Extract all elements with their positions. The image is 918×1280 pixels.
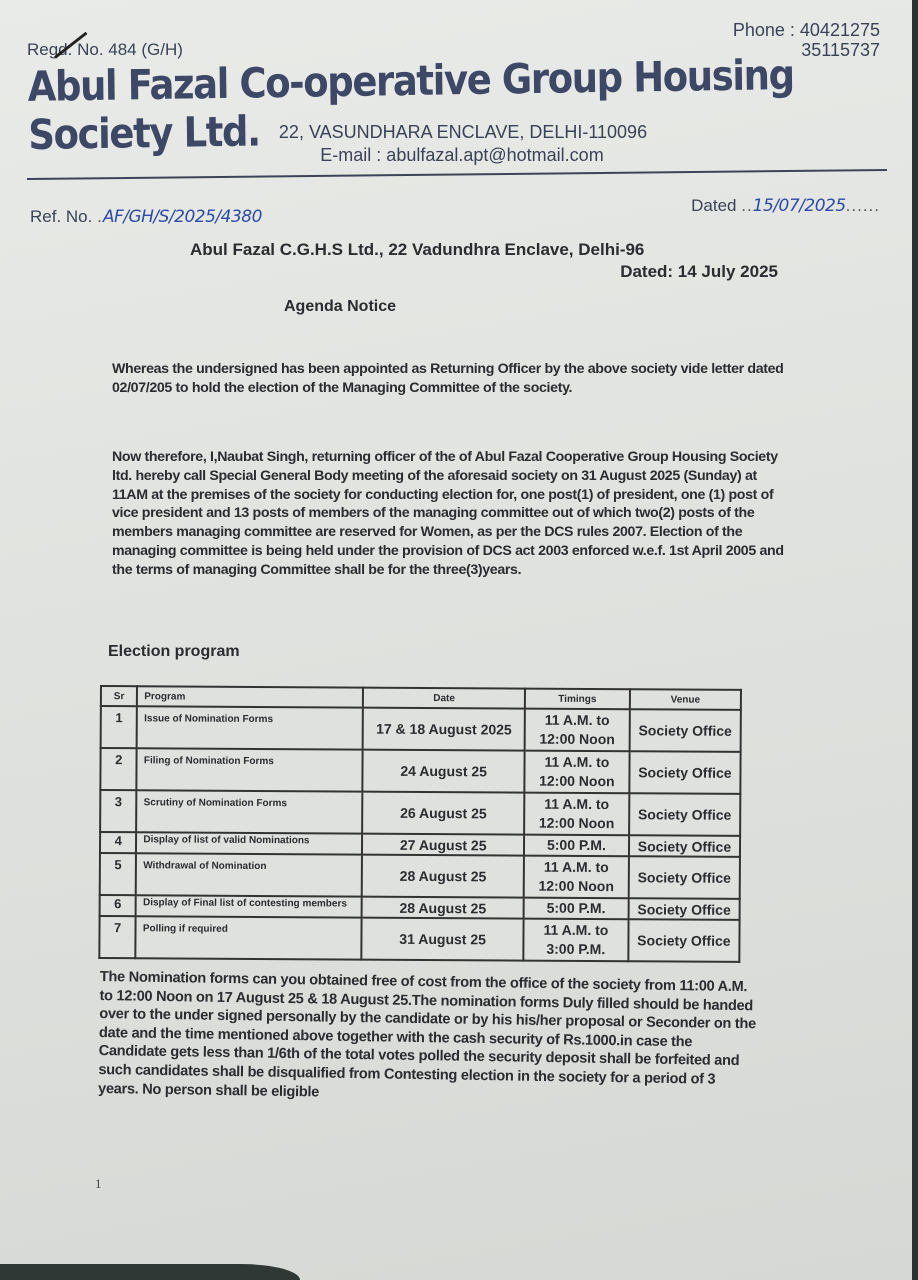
cell-sr: 4 bbox=[100, 832, 136, 853]
table-row: 1Issue of Nomination Forms17 & 18 August… bbox=[101, 706, 741, 752]
organization-address: 22, VASUNDHARA ENCLAVE, DELHI-110096 bbox=[0, 122, 918, 143]
election-program-table: Sr Program Date Timings Venue 1Issue of … bbox=[98, 685, 742, 963]
cell-sr: 6 bbox=[100, 895, 136, 916]
dated-label: Dated bbox=[691, 196, 736, 215]
timing-line: 3:00 P.M. bbox=[524, 940, 627, 960]
cell-timings: 11 A.M. to12:00 Noon bbox=[524, 751, 629, 794]
section-heading-election-program: Election program bbox=[108, 643, 240, 661]
cell-venue: Society Office bbox=[629, 751, 740, 794]
cell-program: Polling if required bbox=[136, 916, 362, 959]
timing-line: 12:00 Noon bbox=[525, 877, 628, 897]
letterhead-divider bbox=[27, 169, 887, 180]
notice-title: Agenda Notice bbox=[284, 298, 396, 316]
notice-from-address: Abul Fazal C.G.H.S Ltd., 22 Vadundhra En… bbox=[190, 240, 644, 260]
cell-timings: 11 A.M. to3:00 P.M. bbox=[523, 919, 628, 962]
dated-field: Dated ..15/07/2025...... bbox=[691, 196, 880, 216]
background-shadow bbox=[0, 1264, 300, 1280]
table-row: 5Withdrawal of Nomination28 August 2511 … bbox=[100, 853, 740, 899]
cell-program: Scrutiny of Nomination Forms bbox=[136, 790, 362, 833]
cell-timings: 11 A.M. to12:00 Noon bbox=[524, 856, 629, 899]
cell-venue: Society Office bbox=[628, 898, 739, 920]
cell-date: 28 August 25 bbox=[362, 897, 524, 919]
paragraph-meeting-call: Now therefore, I,Naubat Singh, returning… bbox=[112, 448, 792, 580]
cell-program: Filing of Nomination Forms bbox=[137, 748, 363, 791]
cell-date: 17 & 18 August 2025 bbox=[363, 708, 525, 751]
page-number: 1 bbox=[95, 1176, 102, 1192]
cell-program: Display of Final list of contesting memb… bbox=[136, 895, 362, 917]
cell-sr: 1 bbox=[101, 706, 138, 748]
cell-venue: Society Office bbox=[629, 793, 740, 836]
ref-label: Ref. No. bbox=[30, 207, 92, 226]
cell-timings: 11 A.M. to12:00 Noon bbox=[524, 793, 629, 836]
cell-date: 26 August 25 bbox=[363, 792, 525, 835]
phone-primary: Phone : 40421275 bbox=[733, 20, 880, 40]
cell-date: 28 August 25 bbox=[362, 855, 524, 898]
timing-line: 5:00 P.M. bbox=[525, 899, 628, 919]
organization-email: E-mail : abulfazal.apt@hotmail.com bbox=[0, 145, 918, 166]
timing-line: 11 A.M. to bbox=[526, 711, 629, 731]
cell-program: Issue of Nomination Forms bbox=[137, 706, 363, 749]
timing-line: 12:00 Noon bbox=[525, 772, 628, 792]
cell-sr: 5 bbox=[100, 853, 137, 895]
cell-venue: Society Office bbox=[629, 835, 740, 857]
document-page: Regd. No. 484 (G/H) Phone : 40421275 351… bbox=[0, 0, 912, 1280]
cell-date: 31 August 25 bbox=[362, 918, 524, 961]
cell-venue: Society Office bbox=[629, 856, 740, 899]
dated-handwritten-value: 15/07/2025 bbox=[753, 196, 846, 216]
cell-program: Withdrawal of Nomination bbox=[136, 853, 362, 896]
cell-sr: 7 bbox=[99, 916, 136, 958]
cell-date: 27 August 25 bbox=[362, 834, 524, 856]
table-row: 2Filing of Nomination Forms24 August 251… bbox=[100, 748, 740, 794]
timing-line: 11 A.M. to bbox=[525, 753, 628, 773]
paragraph-appointment: Whereas the undersigned has been appoint… bbox=[112, 360, 792, 398]
cell-venue: Society Office bbox=[630, 709, 741, 752]
timing-line: 12:00 Noon bbox=[526, 730, 629, 750]
header-sr: Sr bbox=[101, 686, 137, 706]
ref-handwritten-value: AF/GH/S/2025/4380 bbox=[103, 207, 262, 227]
registration-number: Regd. No. 484 (G/H) bbox=[27, 40, 183, 60]
cell-timings: 11 A.M. to12:00 Noon bbox=[525, 709, 630, 752]
timing-line: 12:00 Noon bbox=[525, 814, 628, 834]
timing-line: 11 A.M. to bbox=[525, 795, 628, 815]
notice-date: Dated: 14 July 2025 bbox=[620, 262, 778, 282]
paragraph-nomination-details: The Nomination forms can you obtained fr… bbox=[98, 968, 760, 1109]
cell-timings: 5:00 P.M. bbox=[524, 898, 629, 920]
cell-program: Display of list of valid Nominations bbox=[136, 832, 362, 854]
timing-line: 5:00 P.M. bbox=[525, 836, 628, 856]
timing-line: 11 A.M. to bbox=[525, 858, 628, 878]
cell-date: 24 August 25 bbox=[363, 750, 525, 793]
cell-venue: Society Office bbox=[628, 919, 739, 962]
table-row: 3Scrutiny of Nomination Forms26 August 2… bbox=[100, 790, 740, 836]
cell-sr: 3 bbox=[100, 790, 137, 832]
header-program: Program bbox=[137, 686, 363, 707]
table-row: 7Polling if required31 August 2511 A.M. … bbox=[99, 916, 739, 962]
header-timings: Timings bbox=[525, 689, 630, 710]
header-date: Date bbox=[363, 688, 525, 709]
cell-timings: 5:00 P.M. bbox=[524, 835, 629, 857]
reference-number: Ref. No. .AF/GH/S/2025/4380 bbox=[30, 207, 262, 227]
cell-sr: 2 bbox=[100, 748, 137, 790]
header-venue: Venue bbox=[630, 689, 741, 710]
timing-line: 11 A.M. to bbox=[524, 921, 627, 941]
